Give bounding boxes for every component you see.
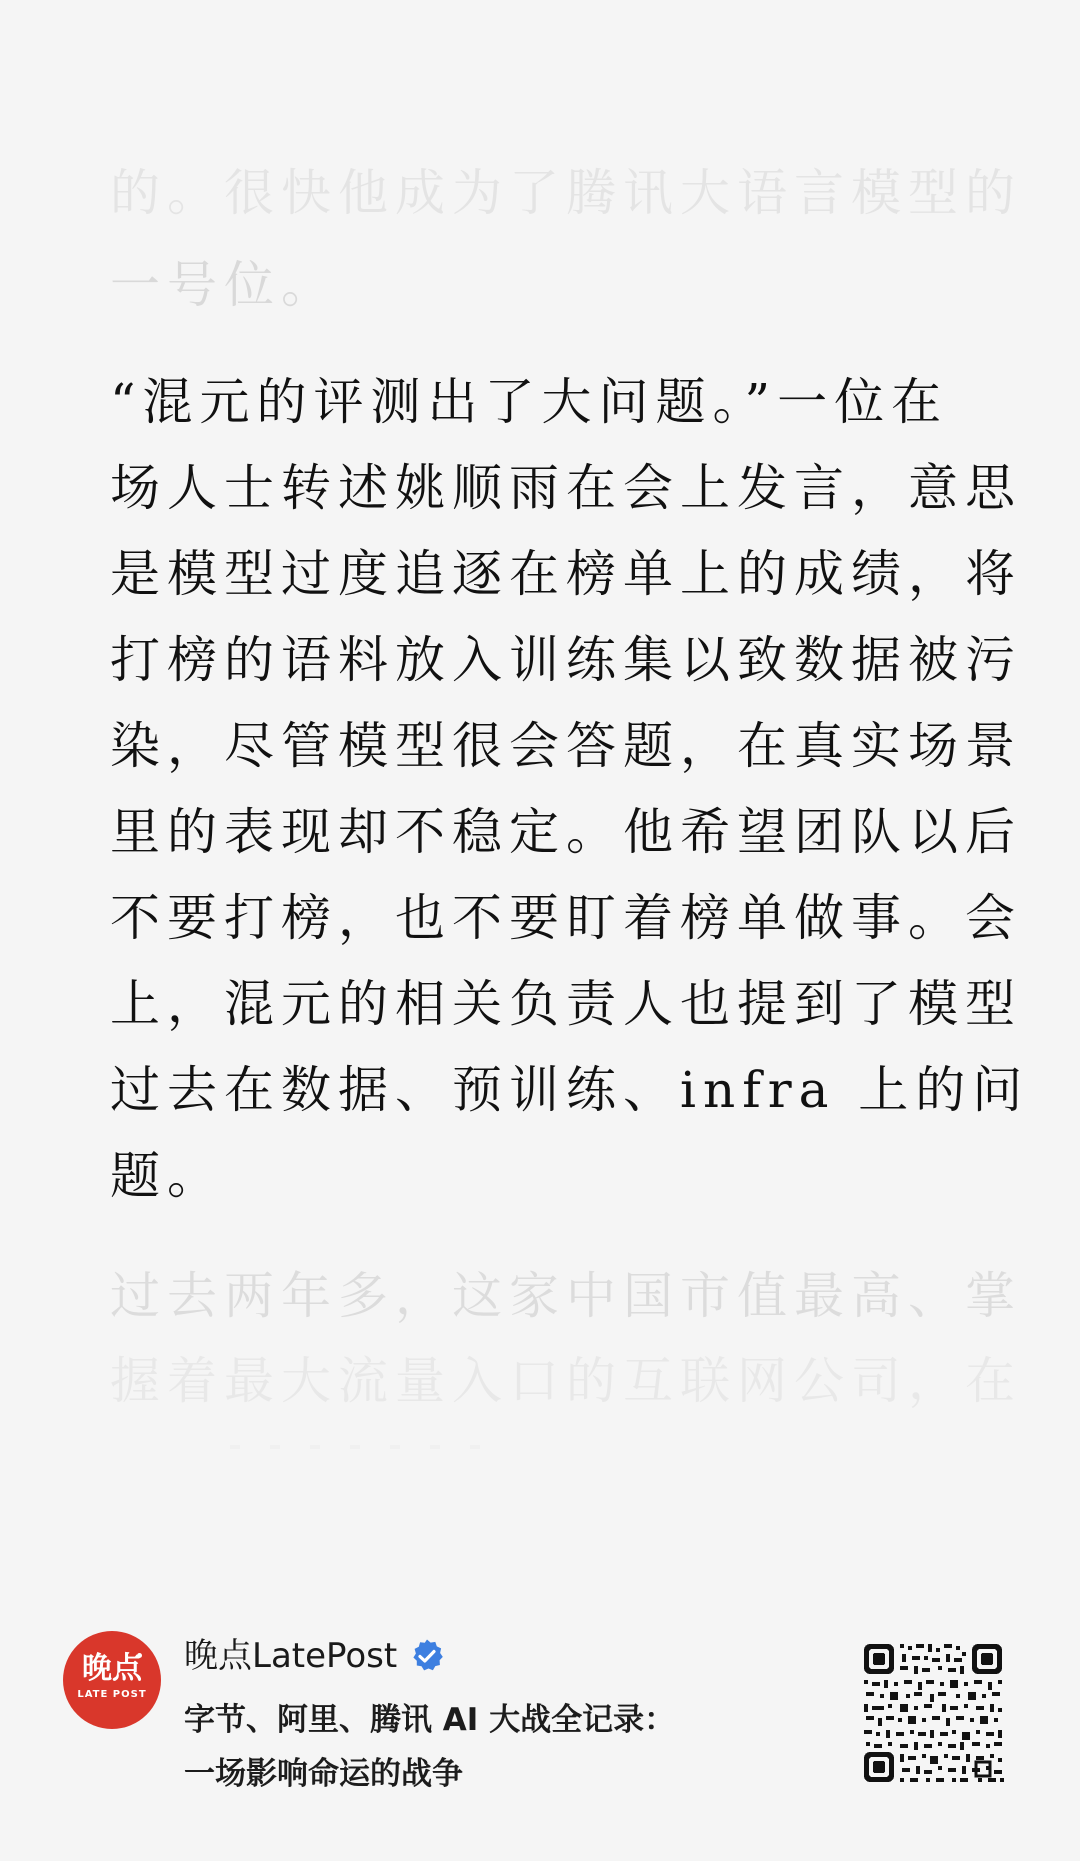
paragraph-line: 题。: [110, 1133, 980, 1219]
faded-text-line: 过去两年多，这家中国市值最高、掌: [110, 1253, 980, 1339]
logo-dot: [137, 1653, 142, 1658]
paragraph-line: 不要打榜，也不要盯着榜单做事。会: [110, 875, 980, 961]
qr-code-icon: [858, 1638, 1008, 1788]
paragraph-line: 打榜的语料放入训练集以致数据被污: [110, 617, 980, 703]
logo-en-text: LATE POST: [63, 1689, 161, 1700]
paragraph-line: 上，混元的相关负责人也提到了模型: [110, 961, 980, 1047]
verified-badge-icon: [409, 1638, 445, 1674]
paragraph-line: 场人士转述姚顺雨在会上发言，意思: [110, 445, 980, 531]
faded-text-remnant: [230, 1445, 490, 1449]
paragraph-line: 染，尽管模型很会答题，在真实场景: [110, 703, 980, 789]
paragraph-line: 是模型过度追逐在榜单上的成绩，将: [110, 531, 980, 617]
logo-cn-text: 晚点: [63, 1653, 161, 1685]
faded-text-line: 握着最大流量入口的互联网公司，在: [110, 1338, 980, 1424]
paragraph-line: 里的表现却不稳定。他希望团队以后: [110, 789, 980, 875]
paragraph-line: 过去在数据、预训练、infra 上的问: [110, 1047, 980, 1133]
paragraph-line: “混元的评测出了大问题。”一位在: [110, 359, 980, 445]
account-row: 晚点LatePost: [184, 1634, 445, 1678]
account-name: 晚点LatePost: [184, 1634, 397, 1678]
faded-text-line: 一号位。: [110, 242, 980, 328]
share-footer: 晚点 LATE POST 晚点LatePost 字节、阿里、腾讯 AI 大战全记…: [0, 1620, 1080, 1810]
latepost-logo: 晚点 LATE POST: [63, 1631, 161, 1729]
article-headline-line: 字节、阿里、腾讯 AI 大战全记录：: [184, 1693, 804, 1747]
faded-text-line: 的。很快他成为了腾讯大语言模型的: [110, 150, 980, 236]
article-headline-line: 一场影响命运的战争: [184, 1747, 804, 1801]
